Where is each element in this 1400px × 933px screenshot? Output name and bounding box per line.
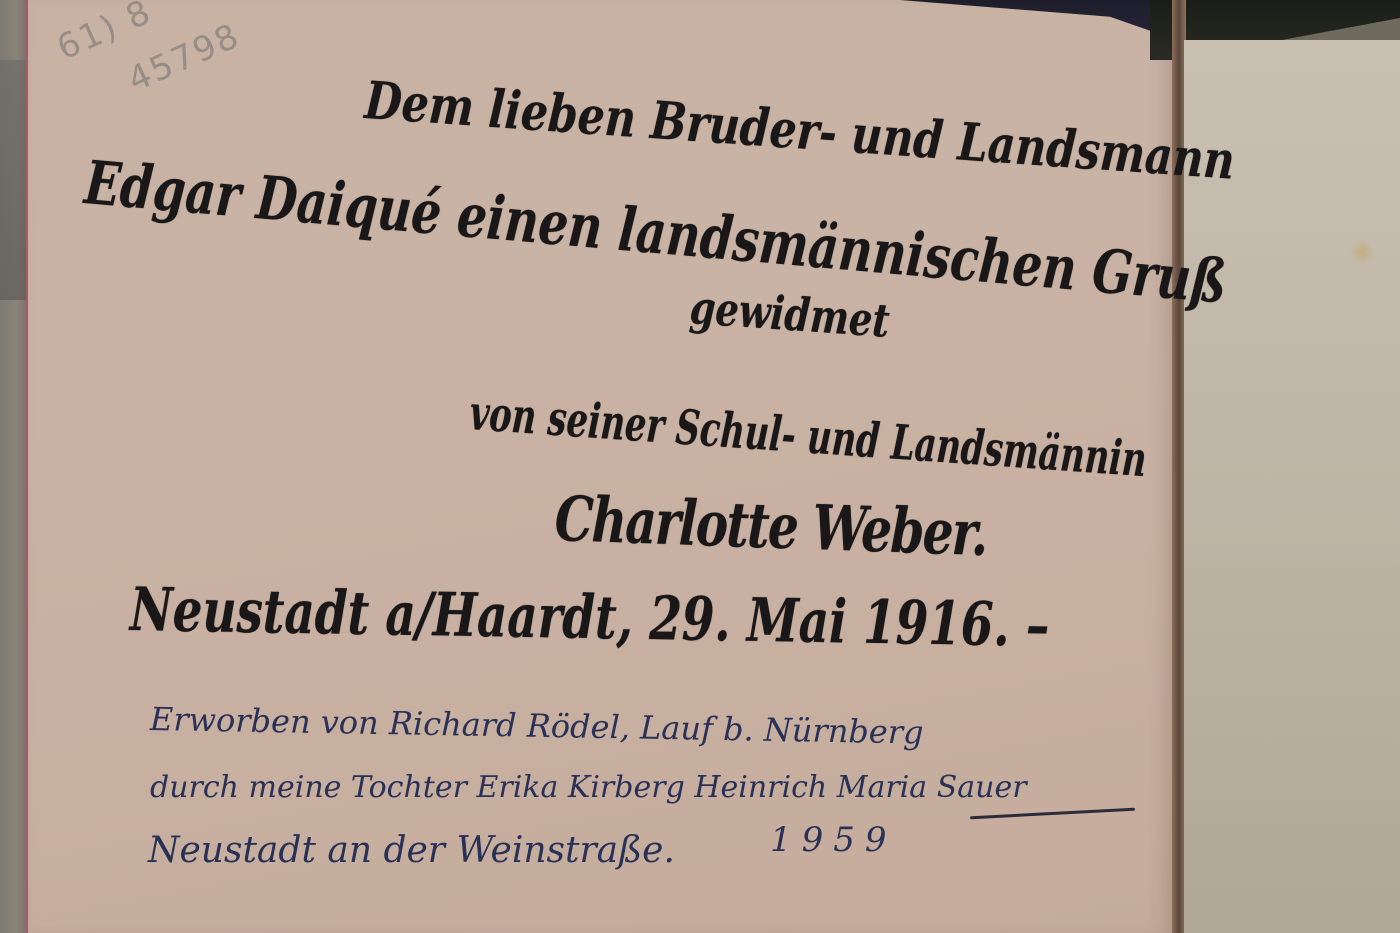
signature: Charlotte Weber. xyxy=(554,482,988,570)
provenance-line-3: Neustadt an der Weinstraße. xyxy=(148,830,675,871)
provenance-line-2: durch meine Tochter Erika Kirberg Heinri… xyxy=(150,770,1027,805)
page-stain xyxy=(1350,240,1374,264)
provenance-year: 1959 xyxy=(770,820,897,860)
book-photo: 61) 8 45798 Dem lieben Bruder- und Lands… xyxy=(0,0,1400,933)
book-left-edge xyxy=(0,0,28,933)
